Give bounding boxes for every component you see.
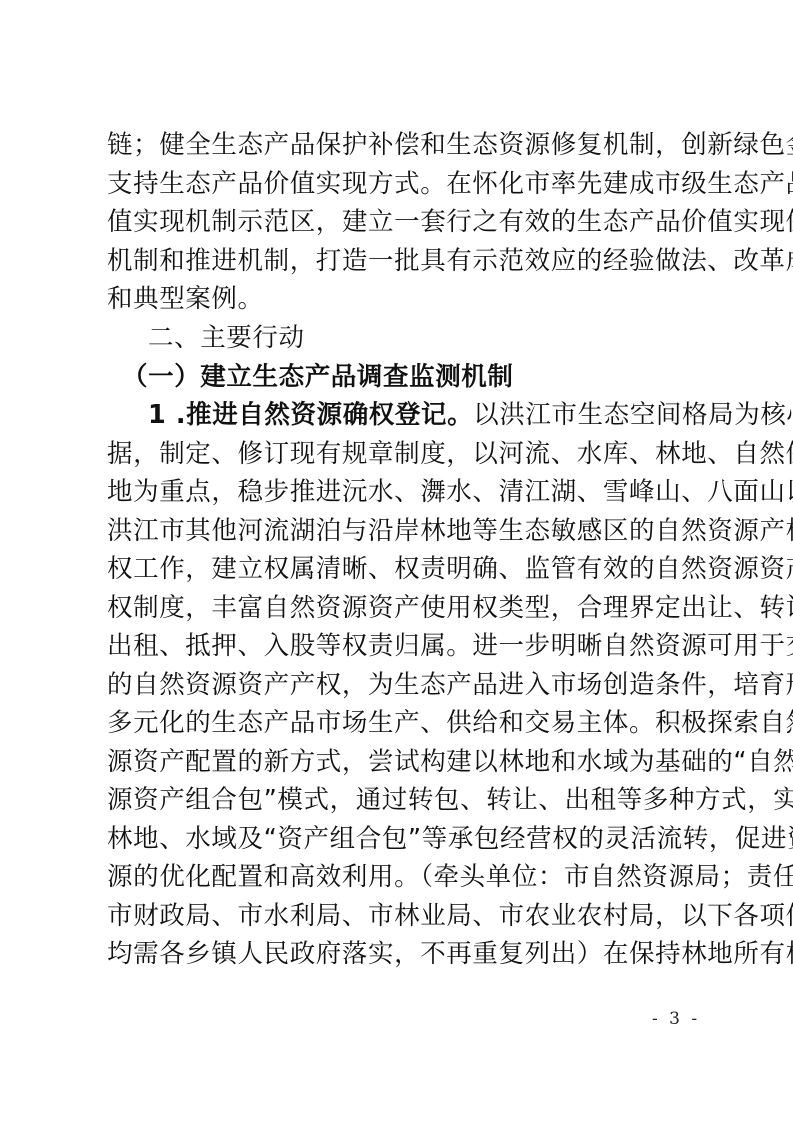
- paragraph-line: 权制度，丰富自然资源资产使用权类型，合理界定出让、转让、: [107, 593, 697, 623]
- paragraph-line: 源资产组合包”模式，通过转包、转让、出租等多种方式，实现: [107, 785, 697, 815]
- paragraph-line: 权工作，建立权属清晰、权责明确、监管有效的自然资源资产产: [107, 554, 697, 584]
- item-1-first-line: 1 .推进自然资源确权登记。以洪江市生态空间格局为核心依: [148, 400, 738, 430]
- paragraph-line: 机制和推进机制，打造一批具有示范效应的经验做法、改革成果: [107, 246, 697, 276]
- paragraph-line: 均需各乡镇人民政府落实，不再重复列出）在保持林地所有权、: [107, 939, 697, 969]
- paragraph-line: 和典型案例。: [107, 284, 697, 314]
- item-1-text: 以洪江市生态空间格局为核心依: [473, 400, 793, 430]
- paragraph-line: 支持生态产品价值实现方式。在怀化市率先建成市级生态产品价: [107, 169, 697, 199]
- paragraph-line: 据，制定、修订现有规章制度，以河流、水库、林地、自然保护: [107, 439, 697, 469]
- paragraph-line: 出租、抵押、入股等权责归属。进一步明晰自然资源可用于交易: [107, 631, 697, 661]
- subsection-heading: （一）建立生态产品调查监测机制: [122, 362, 712, 392]
- paragraph-line: 源的优化配置和高效利用。（牵头单位：市自然资源局；责任单位：: [107, 862, 697, 892]
- paragraph-line: 值实现机制示范区，建立一套行之有效的生态产品价值实现保障: [107, 207, 697, 237]
- paragraph-line: 多元化的生态产品市场生产、供给和交易主体。积极探索自然资: [107, 708, 697, 738]
- paragraph-line: 链；健全生态产品保护补偿和生态资源修复机制，创新绿色金融: [107, 130, 697, 160]
- paragraph-line: 的自然资源资产产权，为生态产品进入市场创造条件，培育形成: [107, 670, 697, 700]
- paragraph-line: 林地、水域及“资产组合包”等承包经营权的灵活流转，促进资: [107, 824, 697, 854]
- section-heading: 二、主要行动: [148, 323, 738, 353]
- page-number: - 3 -: [652, 1008, 700, 1030]
- document-page: 链；健全生态产品保护补偿和生态资源修复机制，创新绿色金融 支持生态产品价值实现方…: [0, 0, 793, 1122]
- paragraph-line: 地为重点，稳步推进沅水、㵲水、清江湖、雪峰山、八面山以及: [107, 477, 697, 507]
- paragraph-line: 市财政局、市水利局、市林业局、市农业农村局，以下各项任务: [107, 901, 697, 931]
- paragraph-line: 源资产配置的新方式，尝试构建以林地和水域为基础的“自然资: [107, 747, 697, 777]
- paragraph-line: 洪江市其他河流湖泊与沿岸林地等生态敏感区的自然资源产权确: [107, 516, 697, 546]
- item-1-label: 1 .推进自然资源确权登记。: [148, 400, 473, 430]
